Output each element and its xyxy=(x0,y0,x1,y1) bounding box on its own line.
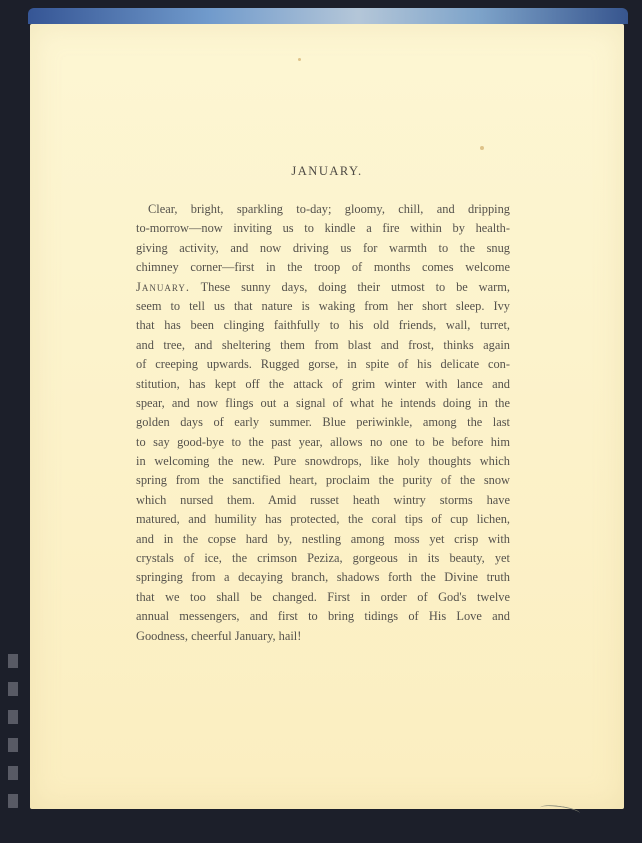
text-line: that we too shall be changed. First in o… xyxy=(136,588,510,607)
text-line: golden days of early summer. Blue periwi… xyxy=(136,413,510,432)
text-line: chimney corner—first in the troop of mon… xyxy=(136,258,510,277)
sleeve-binder-marks xyxy=(8,640,18,810)
body-paragraph: Clear, bright, sparkling to-day; gloomy,… xyxy=(136,200,510,646)
text-line: in welcoming the new. Pure snowdrops, li… xyxy=(136,452,510,471)
text-line: annual messengers, and first to bring ti… xyxy=(136,607,510,626)
text-line: and in the copse hard by, nestling among… xyxy=(136,530,510,549)
text-line: springing from a decaying branch, shadow… xyxy=(136,568,510,587)
document-page: JANUARY. Clear, bright, sparkling to-day… xyxy=(30,24,624,809)
text-line: stitution, has kept off the attack of gr… xyxy=(136,375,510,394)
text-line: and tree, and sheltering them from blast… xyxy=(136,336,510,355)
text-line: of creeping upwards. Rugged gorse, in sp… xyxy=(136,355,510,374)
text-line: that has been clinging faithfully to his… xyxy=(136,316,510,335)
text-line: January. These sunny days, doing their u… xyxy=(136,278,510,297)
text-line: giving activity, and now driving us for … xyxy=(136,239,510,258)
text-line: crystals of ice, the crimson Peziza, gor… xyxy=(136,549,510,568)
text-line-last: Goodness, cheerful January, hail! xyxy=(136,627,510,646)
text-line: Clear, bright, sparkling to-day; gloomy,… xyxy=(136,200,510,219)
page-title: JANUARY. xyxy=(30,164,624,179)
text-line: matured, and humility has protected, the… xyxy=(136,510,510,529)
text-line: to say good-bye to the past year, allows… xyxy=(136,433,510,452)
paper-spot xyxy=(298,58,301,61)
text-line: seem to tell us that nature is waking fr… xyxy=(136,297,510,316)
text-line: spear, and now flings out a signal of wh… xyxy=(136,394,510,413)
text-line: to-morrow—now inviting us to kindle a fi… xyxy=(136,219,510,238)
text-line: which nursed them. Amid russet heath win… xyxy=(136,491,510,510)
plastic-sleeve-edge xyxy=(28,8,628,24)
text-line-rest: These sunny days, doing their utmost to … xyxy=(190,280,510,294)
text-line: spring from the sanctified heart, procla… xyxy=(136,471,510,490)
paper-spot xyxy=(480,146,484,150)
month-name-smallcaps: January. xyxy=(136,280,190,294)
